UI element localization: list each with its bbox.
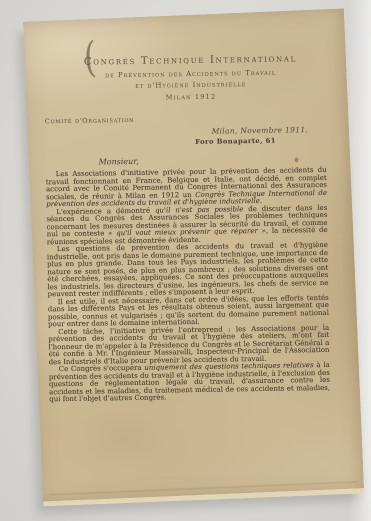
committee-label: Comité d'Organisation [45,116,134,125]
document-photo: ( Congrès Technique International de Pré… [0,0,371,521]
masthead: Congrès Technique International de Préve… [30,53,352,105]
letter-page: ( Congrès Technique International de Pré… [23,8,364,501]
letter-content: ( Congrès Technique International de Pré… [29,13,357,498]
text-run: Les questions de prévention des accident… [47,241,329,298]
letter-paragraph: L'expérience a démontré qu'il n'est pas … [46,204,328,246]
dateline: Milan, Novembre 1911. [212,125,309,136]
letter-paragraph: Les questions de prévention des accident… [47,242,329,299]
ink-speck [294,157,298,162]
letter-paragraph: Ce Congrès s'occupera uniquement des que… [49,362,331,404]
letter-paragraph: Les Associations d'initiative privée pou… [46,167,328,209]
letter-body: Les Associations d'initiative privée pou… [46,167,331,404]
salutation: Monsieur, [98,157,138,167]
address-line: Foro Bonaparte, 61 [195,137,276,146]
